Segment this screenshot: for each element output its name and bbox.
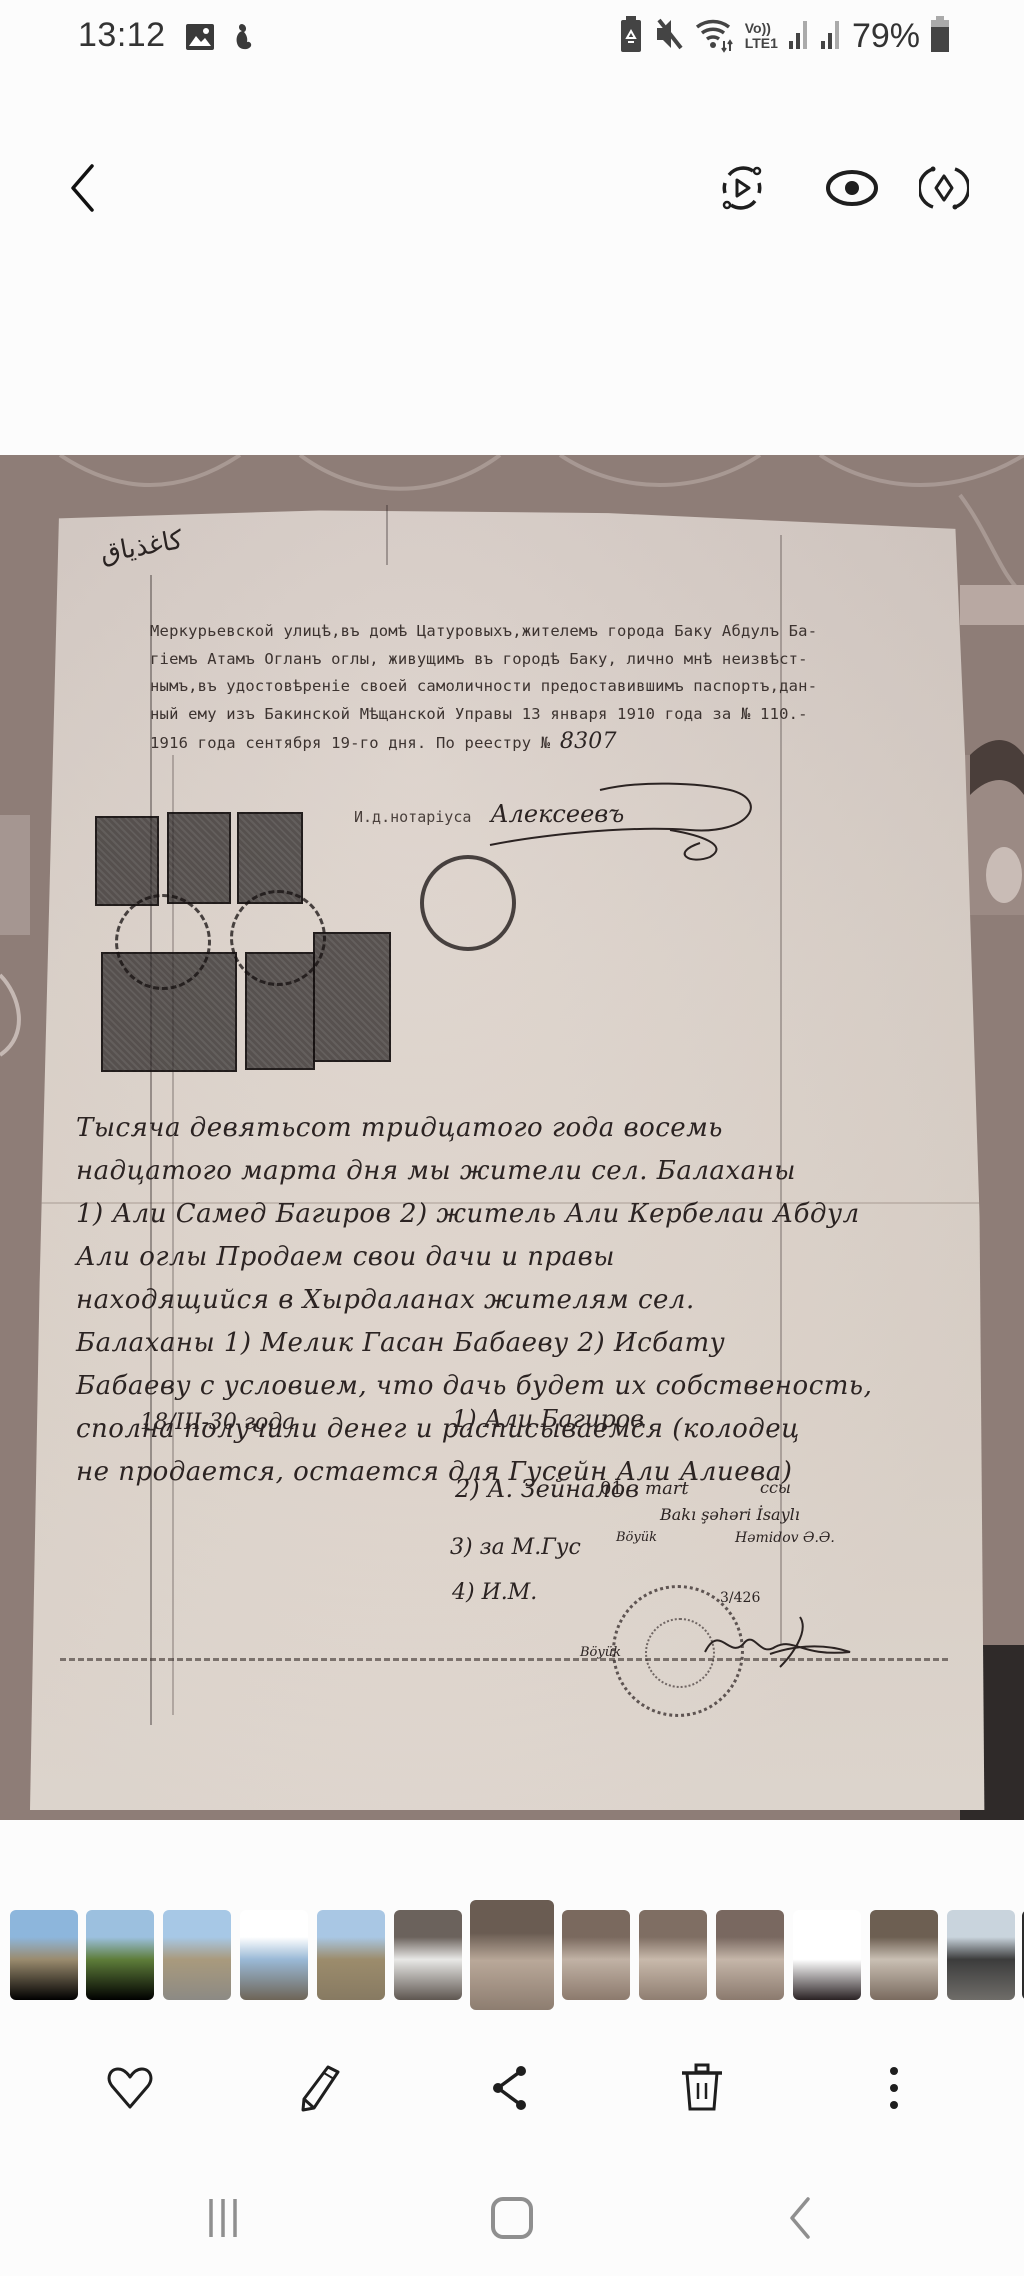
thumb-document-current[interactable] — [470, 1900, 554, 2010]
notary-signature-scribble — [700, 1612, 860, 1672]
revenue-stamps — [95, 812, 405, 1077]
edit-button[interactable] — [290, 2060, 350, 2120]
battery-saver-icon — [619, 15, 643, 58]
delete-button[interactable] — [672, 2060, 732, 2120]
note-right-word: Həmidov Ə.Ə. — [735, 1530, 835, 1546]
note-stamp-ref: 3/426 — [720, 1590, 760, 1606]
edit-icon — [298, 2064, 342, 2117]
gallery-notification-icon — [184, 22, 216, 57]
thumb-document-4[interactable] — [716, 1910, 784, 2000]
view-icon — [825, 168, 879, 213]
register-number: 8307 — [560, 729, 617, 754]
thumb-document-2[interactable] — [562, 1910, 630, 2000]
status-right: Vo)) LTE1 79% — [619, 14, 950, 58]
note-corner: ссы — [760, 1478, 791, 1497]
typed-line: Меркурьевской улицѣ,въ домѣ Цатуровыхъ,ж… — [150, 618, 790, 646]
handwritten-line: не продается, остается для Гусейн Али Ал… — [76, 1451, 806, 1494]
handwritten-line: Балаханы 1) Мелик Гасан Бабаеву 2) Исбат… — [76, 1322, 806, 1365]
thumb-document-3[interactable] — [639, 1910, 707, 2000]
back-nav-icon — [787, 2196, 813, 2245]
favorite-button[interactable] — [100, 2060, 160, 2120]
handwritten-date: 18/III-30 года — [140, 1410, 295, 1435]
more-options-icon — [888, 2066, 900, 2115]
signal-sim1-icon — [788, 17, 810, 56]
bottom-action-bar — [0, 2050, 1024, 2130]
revenue-stamp — [167, 812, 231, 904]
typed-line: ный ему изъ Бакинской Мѣщанской Управы 1… — [150, 701, 790, 729]
favorite-icon — [106, 2066, 154, 2115]
typed-line: нымъ,въ удостовѣренiе своей самоличности… — [150, 673, 790, 701]
thumb-receipt-strip[interactable] — [394, 1910, 462, 2000]
handwritten-line: Бабаеву с условием, что дачь будет их со… — [76, 1365, 806, 1408]
status-time: 13:12 — [78, 16, 166, 55]
remaster-icon — [717, 163, 767, 218]
thumb-gate[interactable] — [947, 1910, 1015, 2000]
handwritten-line: Али оглы Продаем свои дачи и правы — [76, 1236, 806, 1279]
typed-line: гiемъ Атамъ Огланъ оглы, живущимъ въ гор… — [150, 646, 790, 674]
signature-1: 1) Али Багиров — [452, 1405, 644, 1433]
note-city: Bakı şəhəri İsaylı — [660, 1505, 800, 1524]
back-nav-button[interactable] — [770, 2190, 830, 2250]
signal-sim2-icon — [820, 17, 842, 56]
battery-percent: 79% — [852, 17, 920, 56]
thumb-receipt-wood[interactable] — [870, 1910, 938, 2000]
thumb-field-wall-2[interactable] — [163, 1910, 231, 2000]
back-button[interactable] — [52, 158, 112, 222]
thumb-field-dry[interactable] — [317, 1910, 385, 2000]
auto-rotate-icon — [919, 163, 969, 218]
top-toolbar — [0, 140, 1024, 240]
view-button[interactable] — [822, 160, 882, 220]
handwritten-line: находящийся в Хырдаланах жителям сел. — [76, 1279, 806, 1322]
handwritten-line: Тысяча девятьсот тридцатого года восемь — [76, 1107, 806, 1150]
official-seal — [420, 855, 516, 951]
handwritten-line: 1) Али Самед Багиров 2) житель Али Кербе… — [76, 1193, 806, 1236]
thumbnail-strip[interactable] — [0, 1900, 1024, 2012]
thumb-field-wide[interactable] — [240, 1910, 308, 2000]
typed-text-block: Меркурьевской улицѣ,въ домѣ Цатуровыхъ,ж… — [150, 618, 790, 758]
more-options-button[interactable] — [864, 2060, 924, 2120]
home-button[interactable] — [482, 2190, 542, 2250]
handwritten-text-block: Тысяча девятьсот тридцатого года восемь … — [76, 1107, 806, 1494]
auto-rotate-button[interactable] — [914, 160, 974, 220]
signature-flourish — [470, 775, 770, 865]
cancel-seal — [230, 890, 326, 986]
delete-icon — [680, 2063, 724, 2118]
thumb-field-wall-1[interactable] — [10, 1910, 78, 2000]
typed-line: 1916 года сентября 19-го дня. По реестру… — [150, 728, 790, 758]
back-icon — [67, 163, 97, 218]
status-bar: 13:12 Vo)) LTE1 79% — [0, 0, 1024, 76]
thumb-field-green[interactable] — [86, 1910, 154, 2000]
handwritten-line: надцатого марта дня мы жители сел. Балах… — [76, 1150, 806, 1193]
cancel-seal — [115, 894, 211, 990]
revenue-stamp — [95, 816, 159, 906]
revenue-stamp — [313, 932, 391, 1062]
recent-apps-icon — [205, 2197, 245, 2244]
thumb-app-screenshot[interactable] — [793, 1910, 861, 2000]
app-notification-icon — [230, 22, 258, 57]
note-date: 01 — [600, 1478, 623, 1499]
system-nav-bar — [0, 2180, 1024, 2260]
margin-line — [386, 505, 388, 565]
share-button[interactable] — [480, 2060, 540, 2120]
wifi-icon — [695, 15, 735, 58]
note-left-word: Böyük — [616, 1530, 657, 1545]
mute-icon — [653, 16, 685, 57]
note-month: mart — [645, 1478, 689, 1499]
signature-4: 4) И.М. — [452, 1580, 537, 1605]
battery-icon — [930, 16, 950, 57]
volte-icon: Vo)) LTE1 — [745, 21, 778, 51]
bottom-dotted-rule — [60, 1658, 950, 1661]
signature-3: 3) за М.Гус — [450, 1535, 581, 1560]
remaster-button[interactable] — [712, 160, 772, 220]
share-icon — [490, 2065, 530, 2116]
recent-apps-button[interactable] — [195, 2190, 255, 2250]
home-icon — [490, 2196, 534, 2245]
